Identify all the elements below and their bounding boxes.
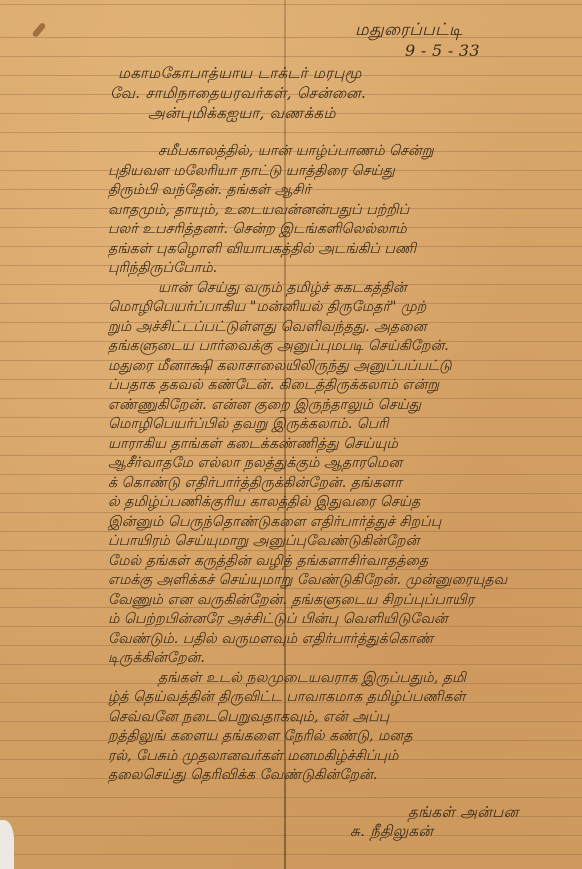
salutation: அன்புமிக்கஐயா, வணக்கம் xyxy=(148,104,336,123)
body-line: ம் பெற்றபின்னரே அச்சிட்டுப் பின்பு வெளிய… xyxy=(108,610,568,630)
body-line: ழ்த் தெய்வத்தின் திருவிட்ட பாவாகமாக தமிழ… xyxy=(108,688,568,708)
body-line: க் கொண்டு எதிர்பார்த்திருக்கின்றேன். தங்… xyxy=(108,474,568,494)
letter-place: மதுரைப்பட்டி xyxy=(355,21,463,40)
body-line: தங்களுடைய பார்வைக்கு அனுப்புமபடி செய்கிற… xyxy=(108,337,568,357)
body-line: தங்கள் உடல் நலமுடையவராக இருப்பதும், தமி xyxy=(108,669,568,689)
body-line: இன்னும் பெருந்தொண்டுகளை எதிர்பார்த்துச் … xyxy=(108,513,568,533)
body-line: வேணும் என வருகின்றேன். தங்களுடைய சிறப்பு… xyxy=(108,591,568,611)
body-line: ப்பாயிரம் செய்யுமாறு அனுப்புவேண்டுகின்றே… xyxy=(108,532,568,552)
body-line: மதுரை மீனாக்ஷி கலாசாலையிலிருந்து அனுப்பப… xyxy=(108,357,568,377)
addressee-line-1: மகாமகோபாத்யாய டாக்டர் மரபுமூ xyxy=(118,64,362,83)
body-line: வேண்டும். பதில் வருமளவும் எதிர்பார்த்துக… xyxy=(108,630,568,650)
body-line: திரும்பி வந்தேன். தங்கள் ஆசிர் xyxy=(108,181,568,201)
body-line: றும் அச்சிட்டப்பட்டுள்ளது வெளிவந்தது. அத… xyxy=(108,318,568,338)
body-line: புதியவள மலேரியா நாட்டு யாத்திரை செய்து xyxy=(108,162,568,182)
signature: சு. நீதிலுகன் xyxy=(350,822,433,841)
body-line: ரல், பேசும் முதலானவர்கள் மனமகிழ்ச்சிப்பு… xyxy=(108,747,568,767)
body-line: ஆசீர்வாதமே எல்லா நலத்துக்கும் ஆதாரமென xyxy=(108,454,568,474)
torn-edge xyxy=(0,820,14,869)
body-line: மேல் தங்கள் கருத்தின் வழித் தங்களாசிர்வா… xyxy=(108,552,568,572)
body-line: மொழிபெயர்ப்பாகிய "மன்னியல் திருமேதர்" மு… xyxy=(108,298,568,318)
body-line: எண்ணுகிறேன். என்ன குறை இருந்தாலும் செய்த… xyxy=(108,396,568,416)
body-line: டிருக்கின்றேன். xyxy=(108,649,568,669)
body-line: செவ்வனே நடைபெறுவதாகவும், என் அப்பு xyxy=(108,708,568,728)
body-line: வாதமும், தாயும், உடையவன்னன்பதுப் பற்றிப் xyxy=(108,201,568,221)
body-line: யாராகிய தாங்கள் கடைக்கண்ணித்து செய்யும் xyxy=(108,435,568,455)
letter-date: 9 - 5 - 33 xyxy=(405,41,480,60)
valediction: தங்கள் அன்பன xyxy=(408,803,518,822)
body-line: பலர் உபசரித்தனர். சென்ற இடங்களிலெல்லாம் xyxy=(108,220,568,240)
body-line: எமக்கு அளிக்கச் செய்யுமாறு வேண்டுகிறேன்.… xyxy=(108,571,568,591)
body-line: தலைசெய்து தெரிவிக்க வேண்டுகின்றேன். xyxy=(108,766,568,786)
body-line: தங்கள் புகழொளி வியாபகத்தில் அடங்கிப் பணி xyxy=(108,240,568,260)
body-line: ப்பதாக தகவல் கண்டேன். கிடைத்திருக்கலாம் … xyxy=(108,376,568,396)
body-line: ல் தமிழ்ப்பணிக்குரிய காலத்தில் இதுவரை செ… xyxy=(108,493,568,513)
body-line: யான் செய்து வரும் தமிழ்ச் சுகடகத்தின் xyxy=(108,279,568,299)
body-line: புரிந்திருப்போம். xyxy=(108,259,568,279)
letter-paper: மதுரைப்பட்டி 9 - 5 - 33 மகாமகோபாத்யாய டா… xyxy=(0,0,582,869)
body-line: மொழிபெயர்ப்பில் தவறு இருக்கலாம். பெரி xyxy=(108,415,568,435)
body-line: றத்திலுங் களைய தங்களை நேரில் கண்டு, மனத xyxy=(108,727,568,747)
body-line: சமீபகாலத்தில், யான் யாழ்ப்பாணம் சென்று xyxy=(108,142,568,162)
letter-body: சமீபகாலத்தில், யான் யாழ்ப்பாணம் சென்று ப… xyxy=(108,142,568,786)
addressee-line-2: வே. சாமிநாதையரவர்கள், சென்னை. xyxy=(110,84,366,103)
